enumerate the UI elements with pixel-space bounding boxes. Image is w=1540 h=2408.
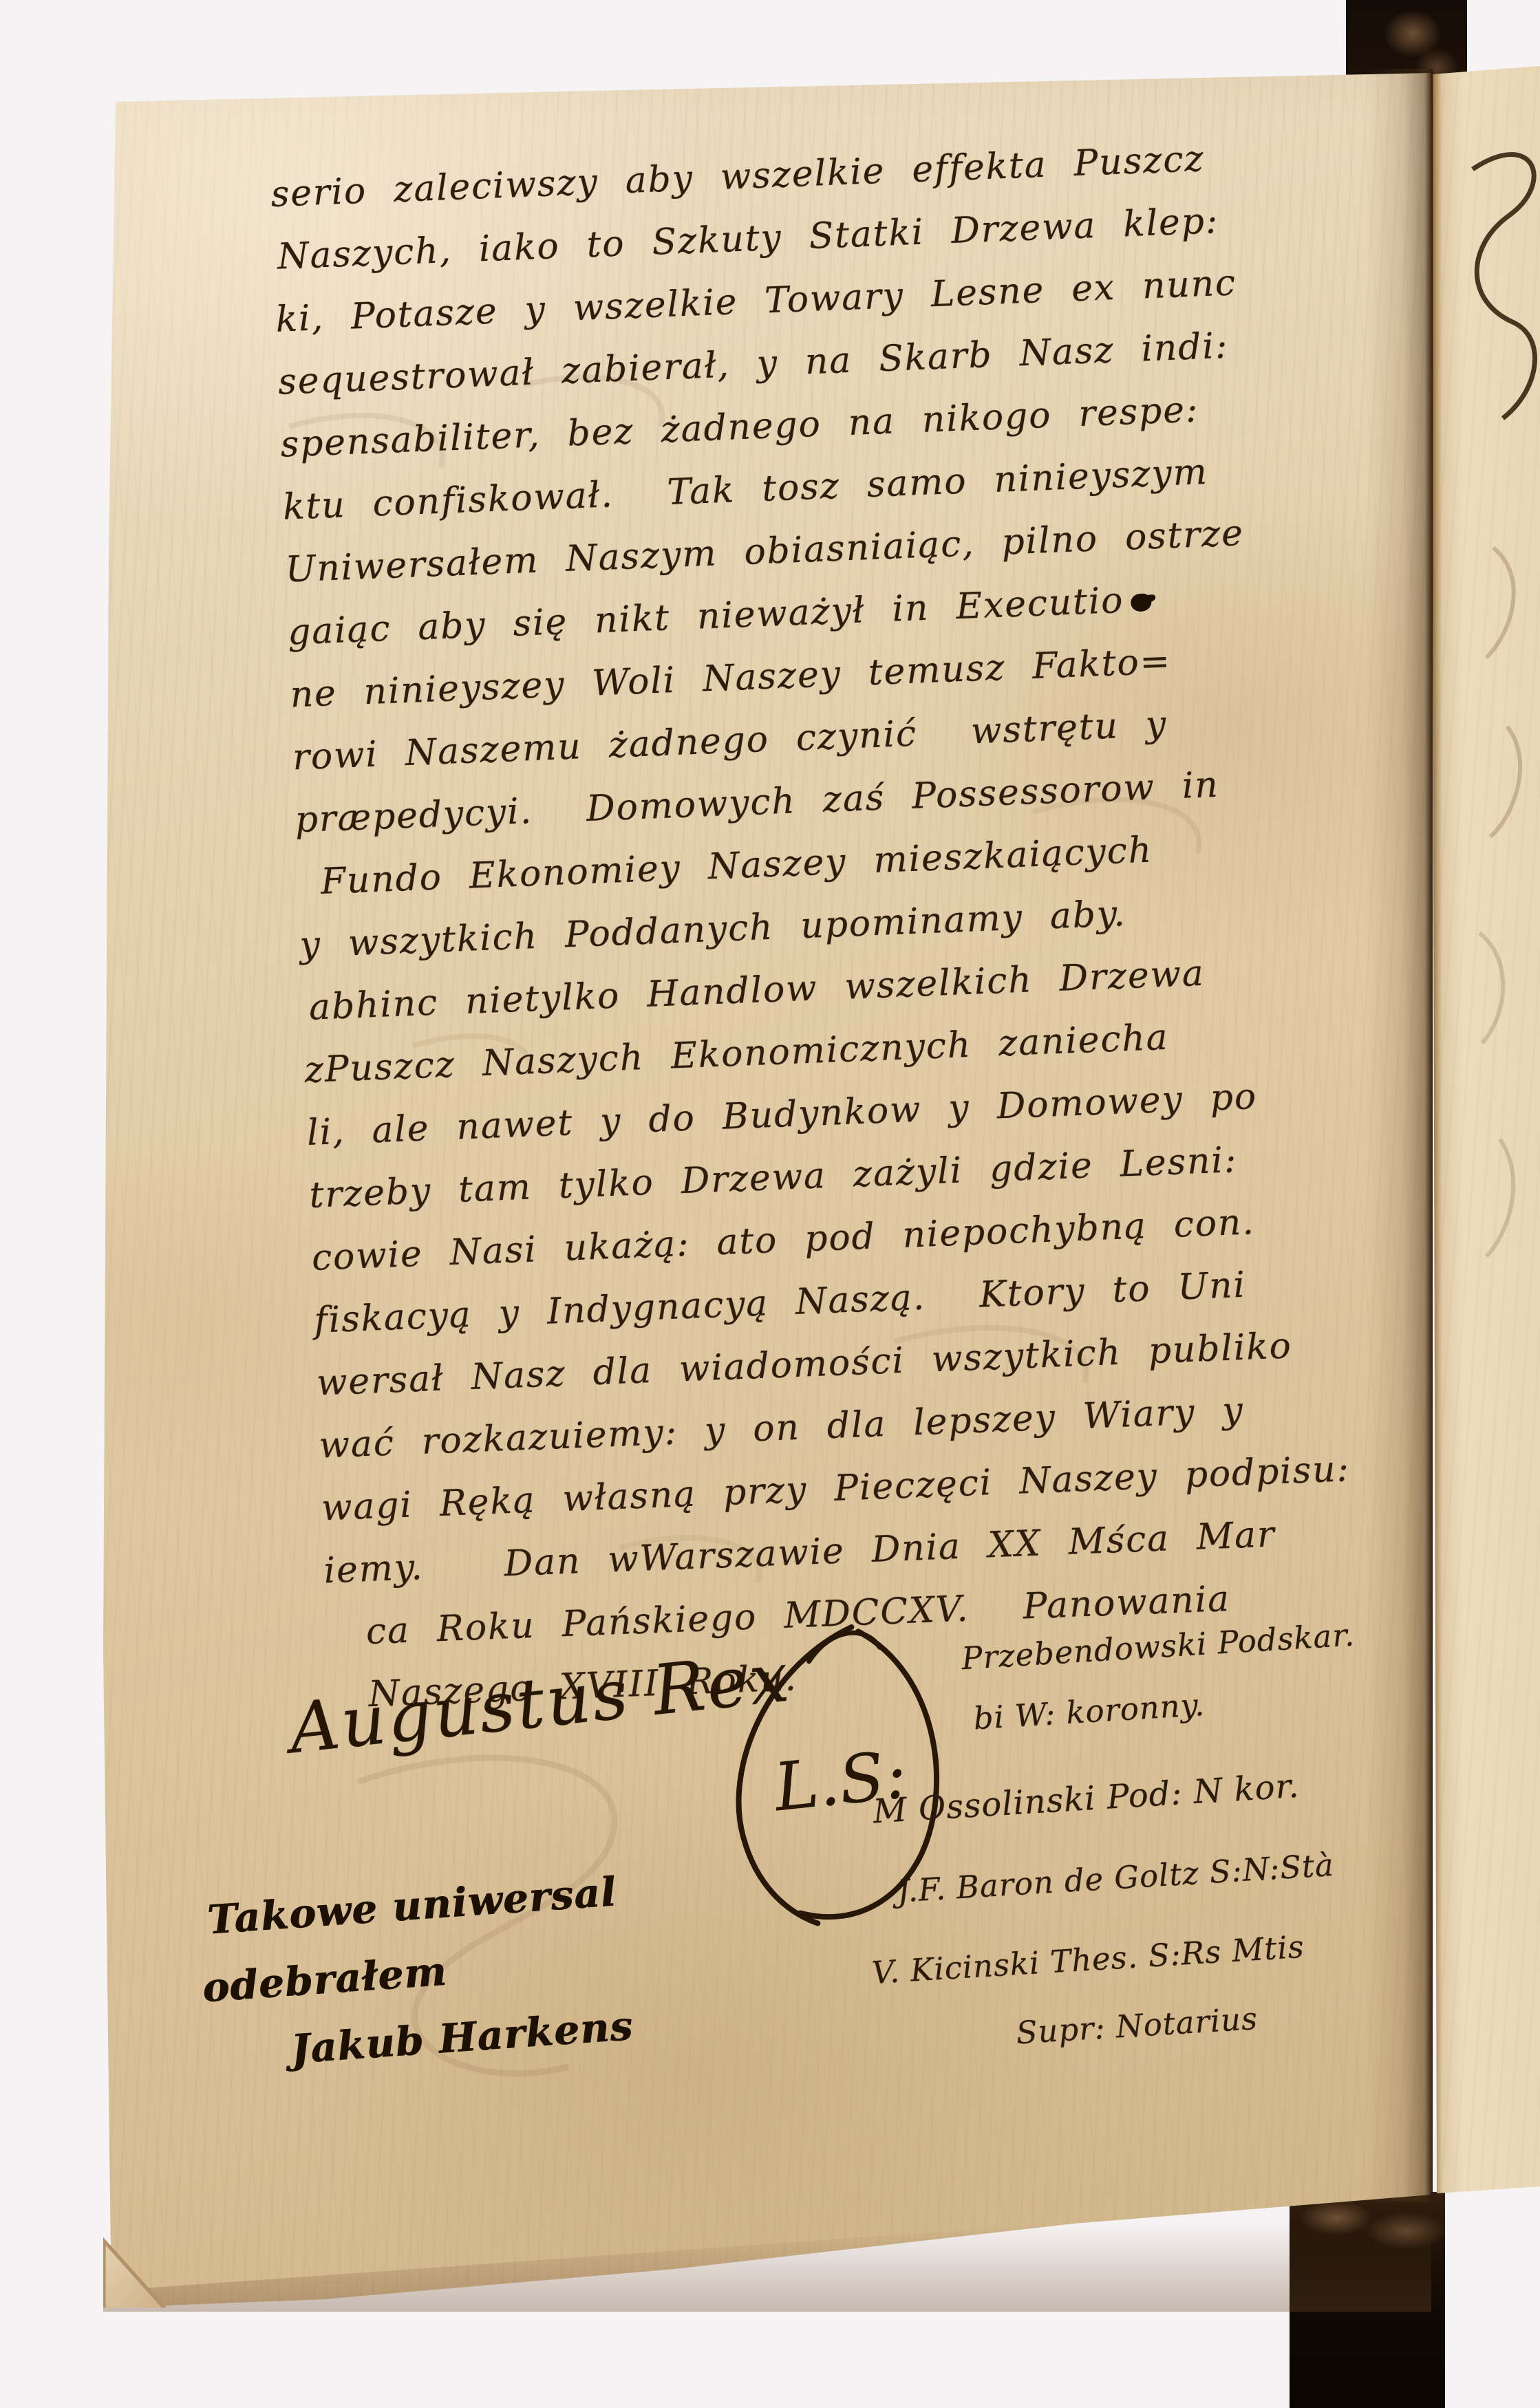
countersignature-treasurer-cont: bi W: koronny. — [972, 1669, 1462, 1739]
countersignature-ossolinski: M Ossolinski Pod: N kor. — [872, 1756, 1468, 1832]
dog-ear-fold — [103, 2228, 167, 2308]
receipt-note-block: Takowe uniwersal odebrałem Jakub Harkens — [205, 1858, 635, 2089]
countersignature-goltz: J.F. Baron de Goltz S:N:Stà — [896, 1837, 1473, 1912]
countersignature-kicinski: V. Kicinski Thes. S:Rs Mtis — [870, 1916, 1477, 1993]
scanned-book-spread: serio zaleciwszy aby wszelkie effekta Pu… — [0, 0, 1540, 2408]
countersignature-column: Przebendowski Podskar. bi W: koronny. M … — [852, 1609, 1482, 2062]
dog-ear-paper — [103, 2228, 167, 2308]
manuscript-text-block: serio zaleciwszy aby wszelkie effekta Pu… — [270, 120, 1471, 1728]
